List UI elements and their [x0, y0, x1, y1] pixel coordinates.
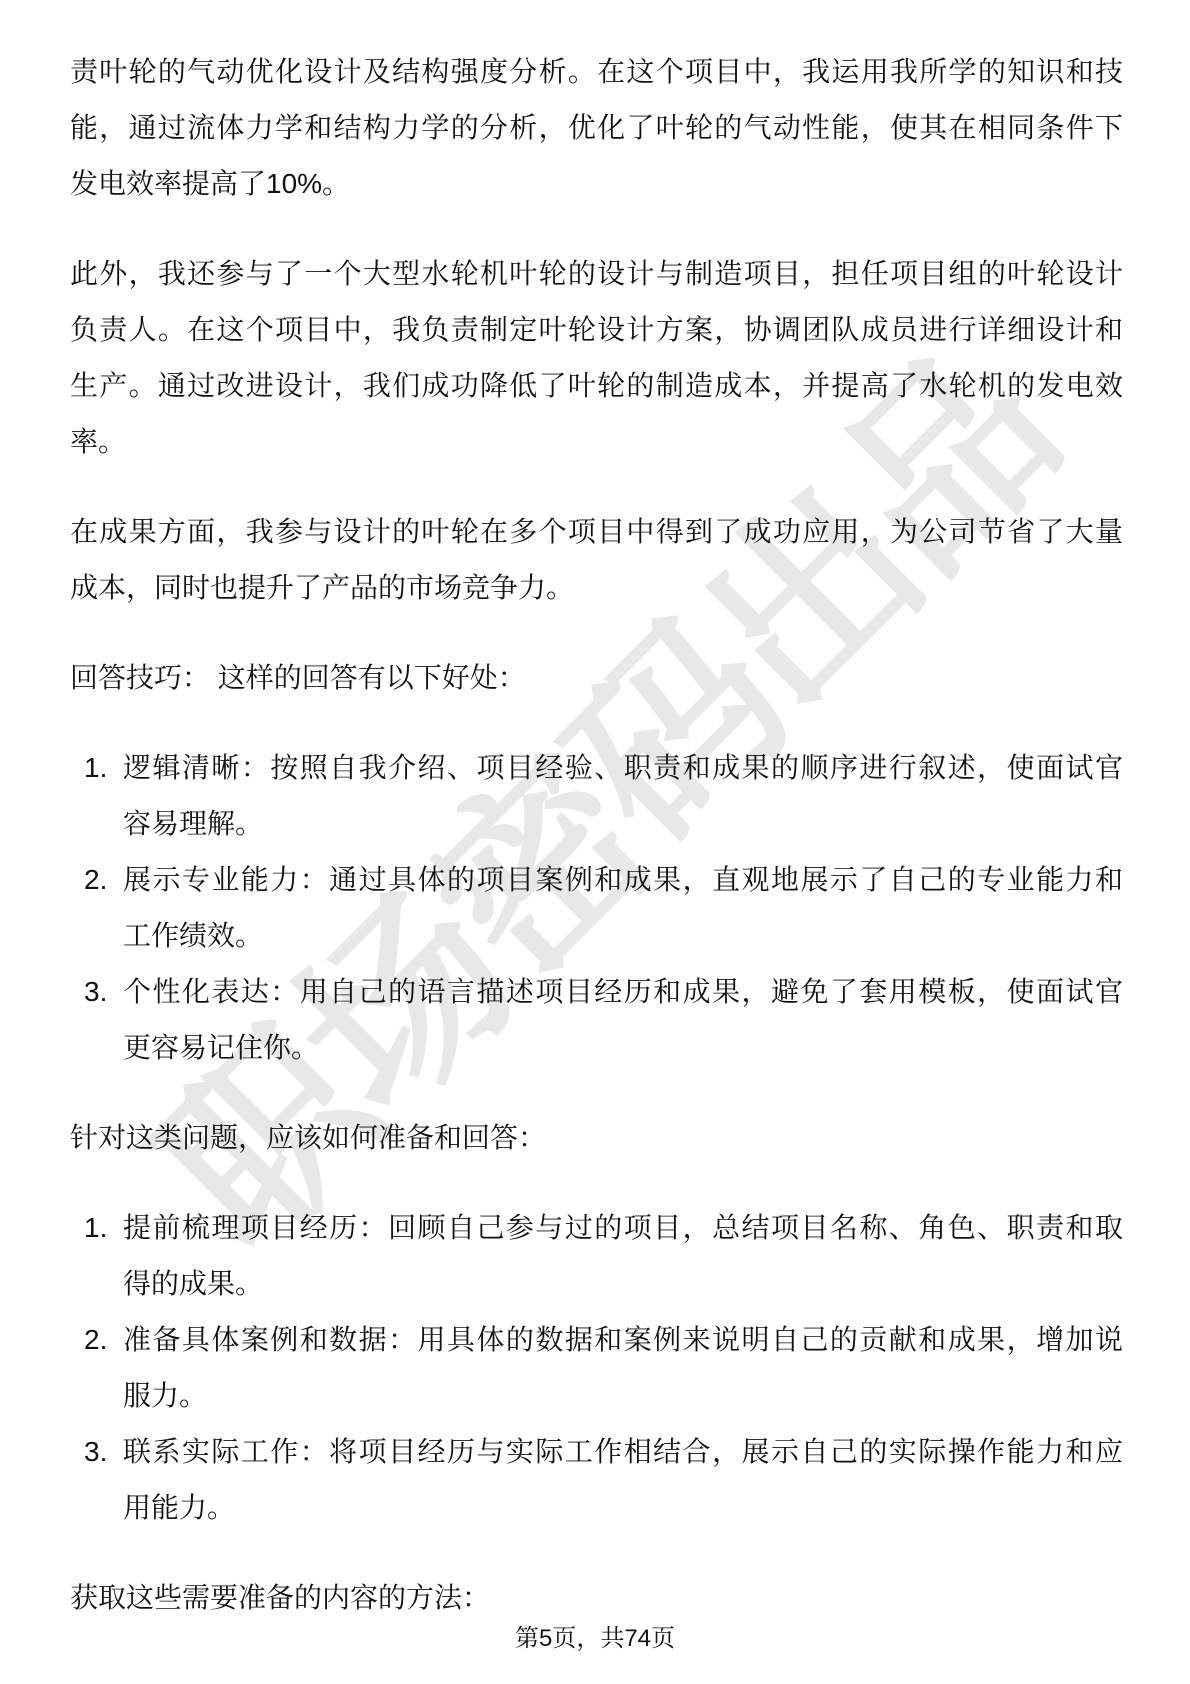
text-line: 展示专业能力：通过具体的项目案例和成果，直观地展示了自己的专业能力和: [123, 852, 1123, 908]
text-line: 此外，我还参与了一个大型水轮机叶轮的设计与制造项目，担任项目组的叶轮设计: [70, 246, 1123, 302]
paragraph: 回答技巧： 这样的回答有以下好处：: [70, 650, 1123, 706]
numbered-list: 1.提前梳理项目经历：回顾自己参与过的项目，总结项目名称、角色、职责和取得的成果…: [70, 1200, 1123, 1536]
text-line: 个性化表达：用自己的语言描述项目经历和成果，避免了套用模板，使面试官: [123, 964, 1123, 1020]
text-line: 逻辑清晰：按照自我介绍、项目经验、职责和成果的顺序进行叙述，使面试官: [123, 740, 1123, 796]
list-item: 2.展示专业能力：通过具体的项目案例和成果，直观地展示了自己的专业能力和工作绩效…: [70, 852, 1123, 964]
list-item: 3.个性化表达：用自己的语言描述项目经历和成果，避免了套用模板，使面试官更容易记…: [70, 964, 1123, 1076]
list-item: 1.逻辑清晰：按照自我介绍、项目经验、职责和成果的顺序进行叙述，使面试官容易理解…: [70, 740, 1123, 852]
paragraph: 此外，我还参与了一个大型水轮机叶轮的设计与制造项目，担任项目组的叶轮设计负责人。…: [70, 246, 1123, 470]
text-line: 联系实际工作：将项目经历与实际工作相结合，展示自己的实际操作能力和应: [123, 1424, 1123, 1480]
text-line: 发电效率提高了10%。: [70, 156, 1123, 212]
text-line: 用能力。: [123, 1480, 1123, 1536]
numbered-list: 1.逻辑清晰：按照自我介绍、项目经验、职责和成果的顺序进行叙述，使面试官容易理解…: [70, 740, 1123, 1076]
text-line: 负责人。在这个项目中，我负责制定叶轮设计方案，协调团队成员进行详细设计和: [70, 302, 1123, 358]
list-item-number: 1.: [84, 740, 107, 796]
list-item-number: 2.: [84, 852, 107, 908]
text-line: 针对这类问题，应该如何准备和回答：: [70, 1110, 1123, 1166]
paragraph: 针对这类问题，应该如何准备和回答：: [70, 1110, 1123, 1166]
document-page: 职场密码出品 责叶轮的气动优化设计及结构强度分析。在这个项目中，我运用我所学的知…: [0, 0, 1190, 1684]
list-item-number: 1.: [84, 1200, 107, 1256]
list-item-number: 2.: [84, 1312, 107, 1368]
text-line: 服力。: [123, 1368, 1123, 1424]
list-item: 2.准备具体案例和数据：用具体的数据和案例来说明自己的贡献和成果，增加说服力。: [70, 1312, 1123, 1424]
list-item-number: 3.: [84, 1424, 107, 1480]
text-line: 得的成果。: [123, 1256, 1123, 1312]
text-line: 更容易记住你。: [123, 1020, 1123, 1076]
paragraph: 在成果方面，我参与设计的叶轮在多个项目中得到了成功应用，为公司节省了大量成本，同…: [70, 504, 1123, 616]
paragraph: 获取这些需要准备的内容的方法：: [70, 1570, 1123, 1626]
list-item: 3.联系实际工作：将项目经历与实际工作相结合，展示自己的实际操作能力和应用能力。: [70, 1424, 1123, 1536]
text-line: 能，通过流体力学和结构力学的分析，优化了叶轮的气动性能，使其在相同条件下: [70, 100, 1123, 156]
text-line: 回答技巧： 这样的回答有以下好处：: [70, 650, 1123, 706]
text-line: 工作绩效。: [123, 908, 1123, 964]
text-line: 责叶轮的气动优化设计及结构强度分析。在这个项目中，我运用我所学的知识和技: [70, 44, 1123, 100]
text-line: 准备具体案例和数据：用具体的数据和案例来说明自己的贡献和成果，增加说: [123, 1312, 1123, 1368]
list-item-number: 3.: [84, 964, 107, 1020]
text-line: 在成果方面，我参与设计的叶轮在多个项目中得到了成功应用，为公司节省了大量: [70, 504, 1123, 560]
list-item: 1.提前梳理项目经历：回顾自己参与过的项目，总结项目名称、角色、职责和取得的成果…: [70, 1200, 1123, 1312]
page-footer: 第5页，共74页: [0, 1622, 1190, 1656]
text-line: 生产。通过改进设计，我们成功降低了叶轮的制造成本，并提高了水轮机的发电效: [70, 358, 1123, 414]
paragraph: 责叶轮的气动优化设计及结构强度分析。在这个项目中，我运用我所学的知识和技能，通过…: [70, 44, 1123, 212]
text-line: 成本，同时也提升了产品的市场竞争力。: [70, 560, 1123, 616]
text-line: 容易理解。: [123, 796, 1123, 852]
text-line: 获取这些需要准备的内容的方法：: [70, 1570, 1123, 1626]
text-line: 率。: [70, 414, 1123, 470]
page-content: 责叶轮的气动优化设计及结构强度分析。在这个项目中，我运用我所学的知识和技能，通过…: [70, 44, 1123, 1660]
text-line: 提前梳理项目经历：回顾自己参与过的项目，总结项目名称、角色、职责和取: [123, 1200, 1123, 1256]
